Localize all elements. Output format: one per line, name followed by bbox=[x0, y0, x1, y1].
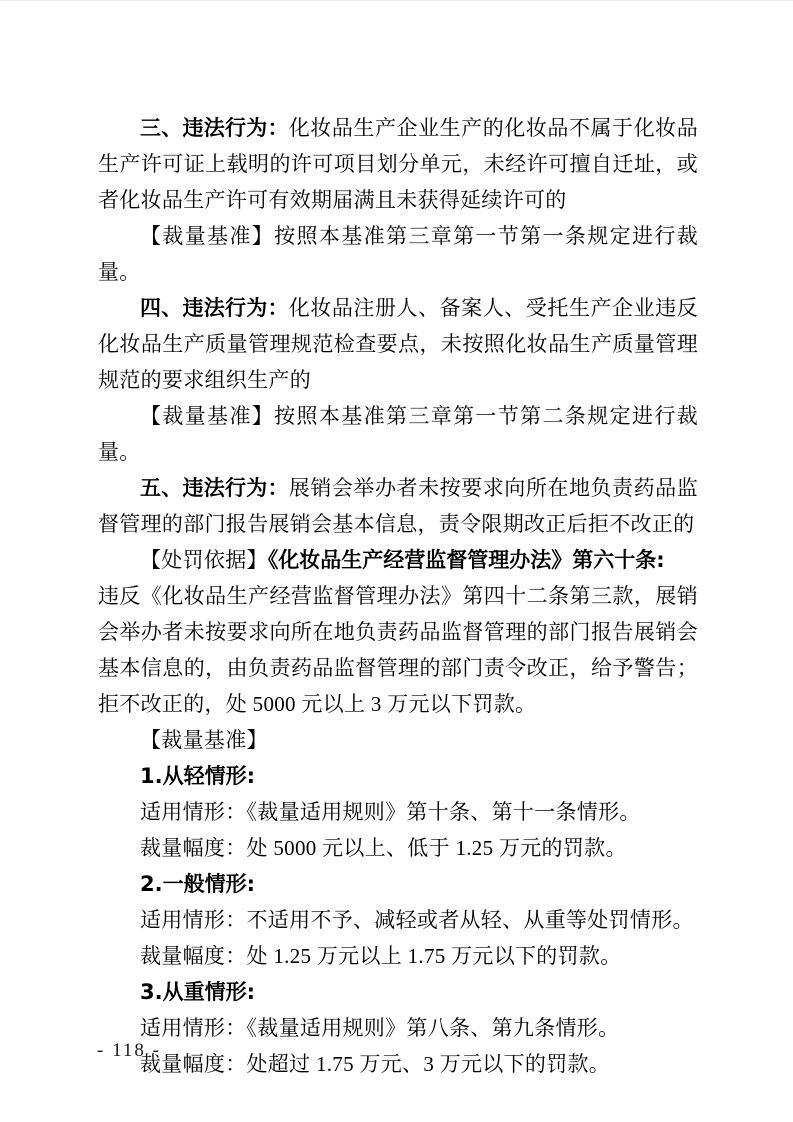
page-number: - 118 - bbox=[97, 1040, 161, 1062]
paragraph: 【处罚依据】《化妆品生产经营监督管理办法》第六十条: bbox=[98, 542, 698, 578]
paragraph: 裁量幅度：处 5000 元以上、低于 1.25 万元的罚款。 bbox=[98, 830, 698, 866]
bold-run: 2.一般情形: bbox=[140, 872, 255, 896]
bold-run: 四、违法行为： bbox=[140, 296, 289, 320]
document-page: 三、违法行为：化妆品生产企业生产的化妆品不属于化妆品生产许可证上载明的许可项目划… bbox=[0, 0, 793, 1122]
paragraph: 【裁量基准】 bbox=[98, 722, 698, 758]
paragraph: 五、违法行为：展销会举办者未按要求向所在地负责药品监督管理的部门报告展销会基本信… bbox=[98, 470, 698, 542]
document-body: 三、违法行为：化妆品生产企业生产的化妆品不属于化妆品生产许可证上载明的许可项目划… bbox=[98, 110, 698, 1082]
text-run: 适用情形：《裁量适用规则》第八条、第九条情形。 bbox=[140, 1016, 619, 1040]
paragraph: 四、违法行为：化妆品注册人、备案人、受托生产企业违反化妆品生产质量管理规范检查要… bbox=[98, 290, 698, 398]
text-run: 【裁量基准】按照本基准第三章第一节第二条规定进行裁量。 bbox=[98, 404, 698, 464]
text-run: 【裁量基准】 bbox=[140, 728, 268, 752]
paragraph: 裁量幅度：处 1.25 万元以上 1.75 万元以下的罚款。 bbox=[98, 938, 698, 974]
paragraph: 适用情形：《裁量适用规则》第十条、第十一条情形。 bbox=[98, 794, 698, 830]
paragraph: 违反《化妆品生产经营监督管理办法》第四十二条第三款，展销会举办者未按要求向所在地… bbox=[98, 578, 698, 722]
paragraph: 裁量幅度：处超过 1.75 万元、3 万元以下的罚款。 bbox=[98, 1046, 698, 1082]
paragraph: 适用情形：不适用不予、减轻或者从轻、从重等处罚情形。 bbox=[98, 902, 698, 938]
paragraph: 三、违法行为：化妆品生产企业生产的化妆品不属于化妆品生产许可证上载明的许可项目划… bbox=[98, 110, 698, 218]
paragraph: 【裁量基准】按照本基准第三章第一节第一条规定进行裁量。 bbox=[98, 218, 698, 290]
bold-run: 《化妆品生产经营监督管理办法》第六十条: bbox=[268, 548, 665, 572]
text-run: 裁量幅度：处 5000 元以上、低于 1.25 万元的罚款。 bbox=[140, 836, 627, 860]
bold-run: 3.从重情形: bbox=[140, 980, 255, 1004]
text-run: 【裁量基准】按照本基准第三章第一节第一条规定进行裁量。 bbox=[98, 224, 698, 284]
paragraph: 【裁量基准】按照本基准第三章第一节第二条规定进行裁量。 bbox=[98, 398, 698, 470]
bold-run: 三、违法行为： bbox=[140, 116, 289, 140]
bold-run: 1.从轻情形: bbox=[140, 764, 255, 788]
paragraph: 3.从重情形: bbox=[98, 974, 698, 1010]
text-run: 裁量幅度：处 1.25 万元以上 1.75 万元以下的罚款。 bbox=[140, 944, 622, 968]
paragraph: 1.从轻情形: bbox=[98, 758, 698, 794]
text-run: 适用情形：不适用不予、减轻或者从轻、从重等处罚情形。 bbox=[140, 908, 694, 932]
text-run: 裁量幅度：处超过 1.75 万元、3 万元以下的罚款。 bbox=[140, 1052, 610, 1076]
text-run: 违反《化妆品生产经营监督管理办法》第四十二条第三款，展销会举办者未按要求向所在地… bbox=[98, 584, 698, 716]
bold-run: 五、违法行为： bbox=[140, 476, 289, 500]
paragraph: 2.一般情形: bbox=[98, 866, 698, 902]
text-run: 【处罚依据】 bbox=[140, 548, 268, 572]
paragraph: 适用情形：《裁量适用规则》第八条、第九条情形。 bbox=[98, 1010, 698, 1046]
text-run: 适用情形：《裁量适用规则》第十条、第十一条情形。 bbox=[140, 800, 641, 824]
